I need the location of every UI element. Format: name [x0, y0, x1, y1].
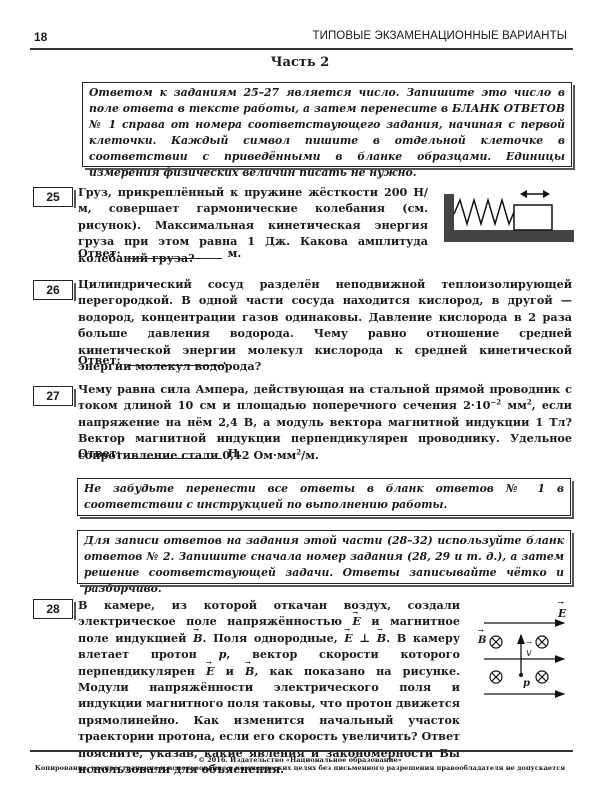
text: мм	[501, 398, 527, 412]
answer-unit: м.	[228, 246, 242, 260]
label-B: B	[478, 635, 486, 646]
vector-B: B	[377, 631, 386, 645]
floor	[444, 230, 574, 242]
task-number-26: 26	[33, 280, 73, 300]
part-title: Часть 2	[0, 55, 600, 70]
spring-mass-figure	[440, 184, 580, 250]
vector-B: B	[245, 664, 254, 678]
field-diagram: E B v p	[470, 598, 590, 698]
perp-symbol: ⊥	[353, 631, 377, 645]
exponent: −2	[490, 398, 501, 407]
instructions-box-tasks-28-32: Для записи ответов на задания этой части…	[77, 530, 571, 584]
task-25-answer: Ответ:м.	[78, 246, 241, 260]
footer-divider	[30, 750, 573, 752]
mass-block	[514, 205, 552, 230]
page-header: 18 ТИПОВЫЕ ЭКЗАМЕНАЦИОННЫЕ ВАРИАНТЫ	[28, 30, 573, 44]
reminder-box: Не забудьте перенести все ответы в бланк…	[77, 478, 571, 516]
instructions-text: Ответом к заданиям 25–27 является число.…	[89, 86, 565, 179]
text: /м.	[301, 448, 319, 462]
proton-dot	[519, 673, 523, 677]
task-26-answer: Ответ:.	[78, 353, 227, 367]
reminder-text: Не забудьте перенести все ответы в бланк…	[84, 482, 564, 511]
header-divider	[30, 48, 573, 50]
copyright: © 2016. Издательство «Национальное образ…	[0, 756, 600, 764]
spring-icon	[454, 200, 514, 224]
task-number-25: 25	[33, 187, 73, 207]
task-number-27: 27	[33, 386, 73, 406]
label-E: E	[558, 607, 566, 620]
page-number: 18	[34, 30, 47, 44]
label-p: p	[523, 678, 530, 689]
vector-B: B	[193, 631, 202, 645]
vector-E: E	[206, 664, 215, 678]
answer-unit: .	[223, 353, 227, 367]
answer-field[interactable]	[127, 248, 222, 259]
answer-field[interactable]	[127, 355, 222, 366]
answer-label: Ответ:	[78, 353, 121, 367]
text: и	[215, 664, 246, 678]
answer-field[interactable]	[127, 448, 222, 459]
answer-label: Ответ:	[78, 246, 121, 260]
vector-E: E	[344, 631, 353, 645]
copyright-notice: Копирование, распространение и использов…	[0, 764, 600, 772]
running-title: ТИПОВЫЕ ЭКЗАМЕНАЦИОННЫЕ ВАРИАНТЫ	[312, 30, 567, 42]
instructions-text: Для записи ответов на задания этой части…	[84, 534, 564, 595]
vector-E: E	[352, 614, 361, 628]
answer-label: Ответ:	[78, 446, 121, 460]
text: . Поля однородные,	[203, 631, 345, 645]
task-27-answer: Ответ:Н.	[78, 446, 242, 460]
label-v: v	[526, 648, 532, 659]
task-number-28: 28	[33, 599, 73, 619]
answer-unit: Н.	[228, 446, 242, 460]
instructions-box-part2: Ответом к заданиям 25–27 является число.…	[82, 82, 572, 167]
